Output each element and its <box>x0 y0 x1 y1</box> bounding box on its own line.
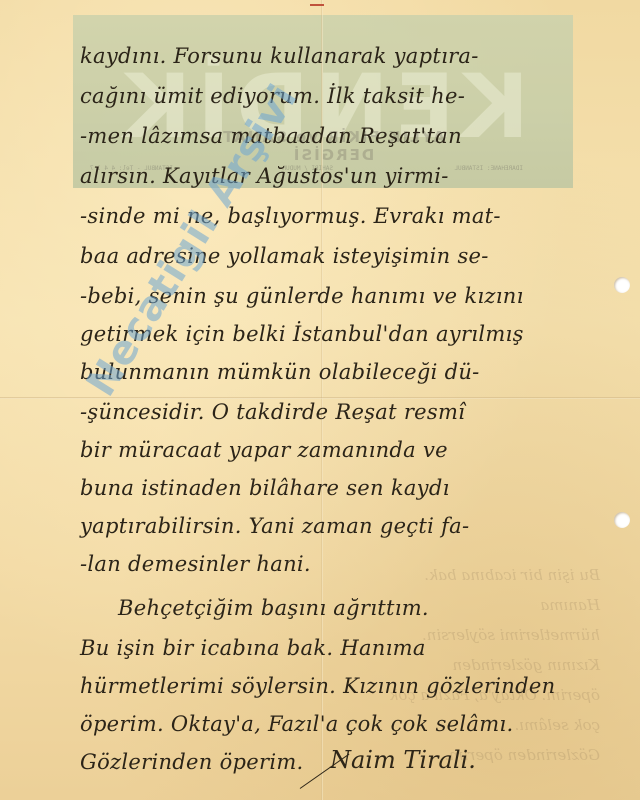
letter-line: -lan demesinler hani. <box>80 548 311 580</box>
letter-line: yaptırabilirsin. Yani zaman geçti fa- <box>80 510 469 542</box>
punch-hole-icon <box>614 277 630 293</box>
letter-line: -şüncesidir. O takdirde Reşat resmî <box>80 396 465 428</box>
letter-line: bir müracaat yapar zamanında ve <box>80 434 448 466</box>
letter-line: Bu işin bir icabına bak. Hanıma <box>80 632 426 664</box>
red-ink-mark <box>310 4 324 6</box>
letter-line: buna istinaden bilâhare sen kaydı <box>80 472 450 504</box>
letter-line: hürmetlerimi söylersin. Kızının gözlerin… <box>80 670 555 702</box>
punch-hole-icon <box>614 512 630 528</box>
letter-line: öperim. Oktay'a, Fazıl'a çok çok selâmı. <box>80 708 513 740</box>
letter-paper: KENDİK AYLIK FİKİR ve SANAT DERGİSİ İSTA… <box>0 0 640 800</box>
signature: Naim Tirali. <box>330 746 476 774</box>
letter-line: Gözlerinden öperim. <box>80 746 304 778</box>
letter-line: -sinde mi ne, başlıyormuş. Evrakı mat- <box>80 200 501 232</box>
letter-line: kaydını. Forsunu kullanarak yaptıra- <box>80 40 479 72</box>
letter-line: baa adresine yollamak isteyişimin se- <box>80 240 489 272</box>
letter-line: Behçetçiğim başını ağrıttım. <box>118 592 429 624</box>
